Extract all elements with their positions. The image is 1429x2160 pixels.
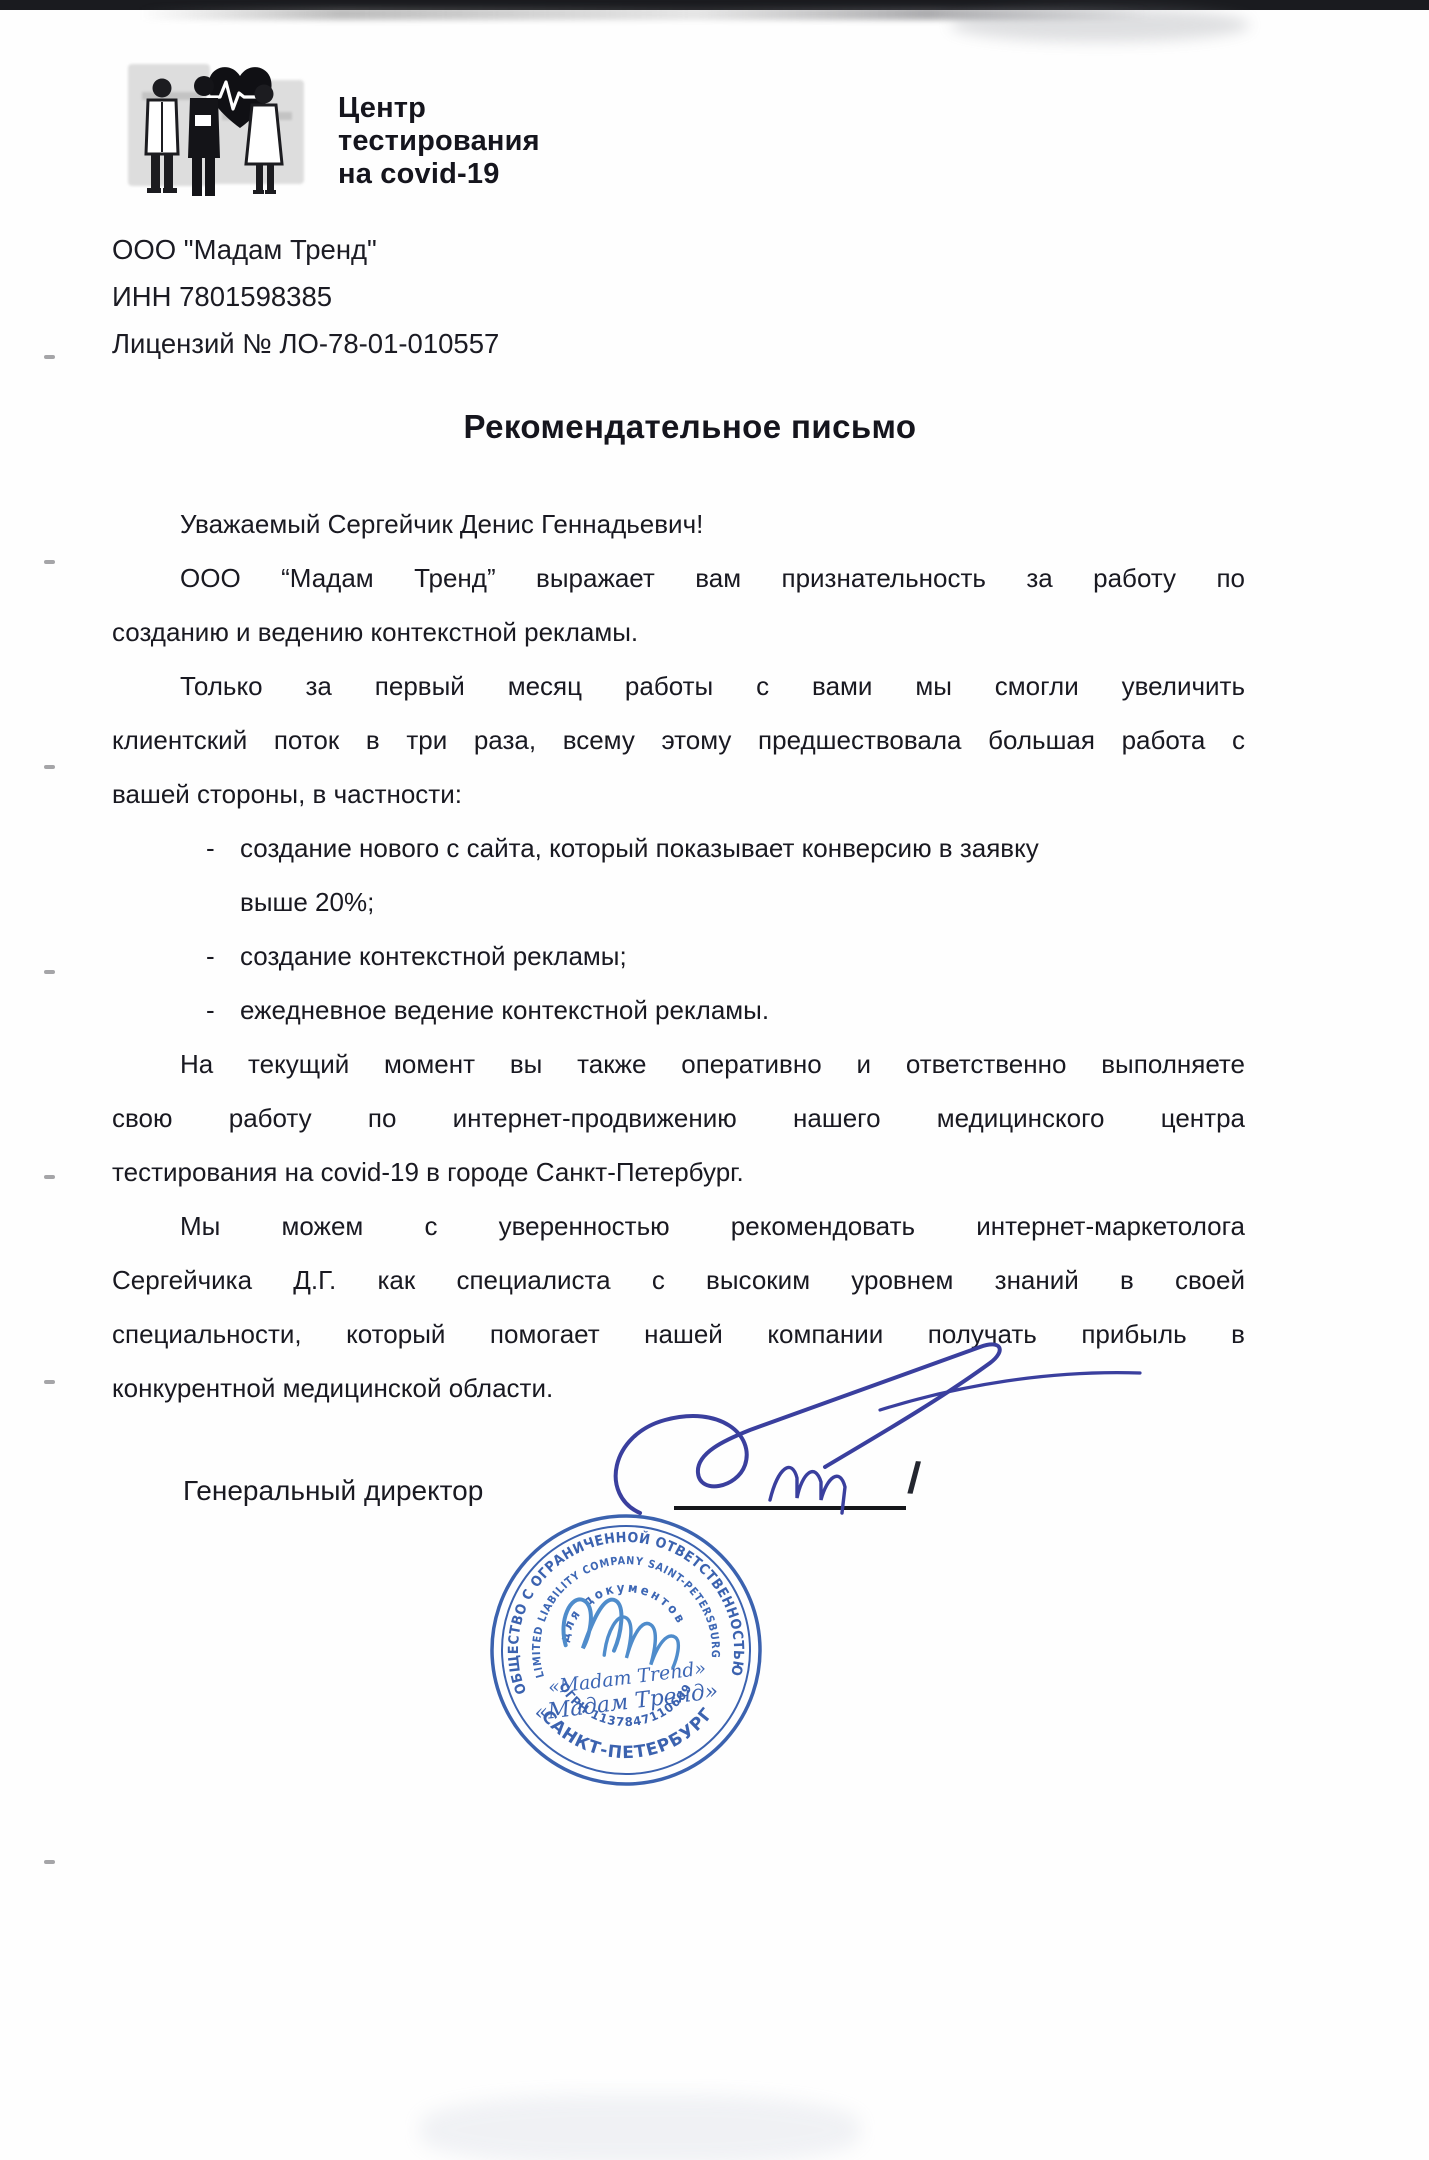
letter-body: Уважаемый Сергейчик Денис Геннадьевич! О… [112, 497, 1245, 1415]
body-line: свою работу по интернет-продвижению наше… [112, 1091, 1245, 1145]
margin-mark [44, 1380, 55, 1384]
paragraph: Только за первый месяц работы с вами мы … [112, 659, 1245, 821]
bullet-item: - создание нового с сайта, который показ… [240, 821, 1130, 929]
body-line: клиентский поток в три раза, всему этому… [112, 713, 1245, 767]
body-line: создание контекстной рекламы; [240, 929, 1130, 983]
scan-smudge [420, 2095, 860, 2160]
brand-line: Центр [338, 92, 540, 125]
margin-mark [44, 1175, 55, 1179]
handwritten-signature-icon [540, 1315, 1180, 1530]
scanned-letter-page: Центр тестирования на covid-19 ООО "Мада… [0, 0, 1429, 2160]
body-line: тестирования на covid-19 в городе Санкт-… [112, 1145, 1245, 1199]
bullet-item: - ежедневное ведение контекстной рекламы… [240, 983, 1130, 1037]
paragraph: На текущий момент вы также оперативно и … [112, 1037, 1245, 1199]
paragraph-salutation: Уважаемый Сергейчик Денис Геннадьевич! [112, 497, 1245, 551]
body-line: Мы можем с уверенностью рекомендовать ин… [112, 1199, 1245, 1253]
bullet-item: - создание контекстной рекламы; [240, 929, 1130, 983]
company-inn: ИНН 7801598385 [112, 273, 499, 320]
brand-line: на covid-19 [338, 158, 540, 191]
company-details: ООО "Мадам Тренд" ИНН 7801598385 Лицензи… [112, 226, 499, 367]
company-name: ООО "Мадам Тренд" [112, 226, 499, 273]
company-license: Лицензий № ЛО-78-01-010557 [112, 320, 499, 367]
body-line: ежедневное ведение контекстной рекламы. [240, 983, 1130, 1037]
letter-title: Рекомендательное письмо [0, 408, 1380, 446]
body-line: созданию и ведению контекстной рекламы. [112, 605, 1245, 659]
margin-mark [44, 765, 55, 769]
body-line: вашей стороны, в частности: [112, 767, 1245, 821]
margin-mark [44, 560, 55, 564]
brand-title: Центр тестирования на covid-19 [338, 92, 540, 191]
margin-mark [44, 970, 55, 974]
body-line: ООО “Мадам Тренд” выражает вам признател… [112, 551, 1245, 605]
brand-line: тестирования [338, 125, 540, 158]
body-line: создание нового с сайта, который показыв… [240, 821, 1130, 875]
bullet-dash: - [206, 821, 215, 875]
body-line: выше 20%; [240, 875, 1130, 929]
body-line: Только за первый месяц работы с вами мы … [112, 659, 1245, 713]
clinic-logo-icon [112, 52, 324, 216]
signatory-role: Генеральный директор [183, 1475, 483, 1507]
bullet-dash: - [206, 983, 215, 1037]
body-line: На текущий момент вы также оперативно и … [112, 1037, 1245, 1091]
bullet-dash: - [206, 929, 215, 983]
company-seal-stamp: ОБЩЕСТВО С ОГРАНИЧЕННОЙ ОТВЕТСТВЕННОСТЬЮ… [477, 1501, 775, 1799]
body-line: Сергейчика Д.Г. как специалиста с высоки… [112, 1253, 1245, 1307]
margin-mark [44, 355, 55, 359]
scan-smudge [950, 8, 1250, 42]
margin-mark [44, 1860, 55, 1864]
paragraph: ООО “Мадам Тренд” выражает вам признател… [112, 551, 1245, 659]
body-line: Уважаемый Сергейчик Денис Геннадьевич! [112, 497, 1245, 551]
